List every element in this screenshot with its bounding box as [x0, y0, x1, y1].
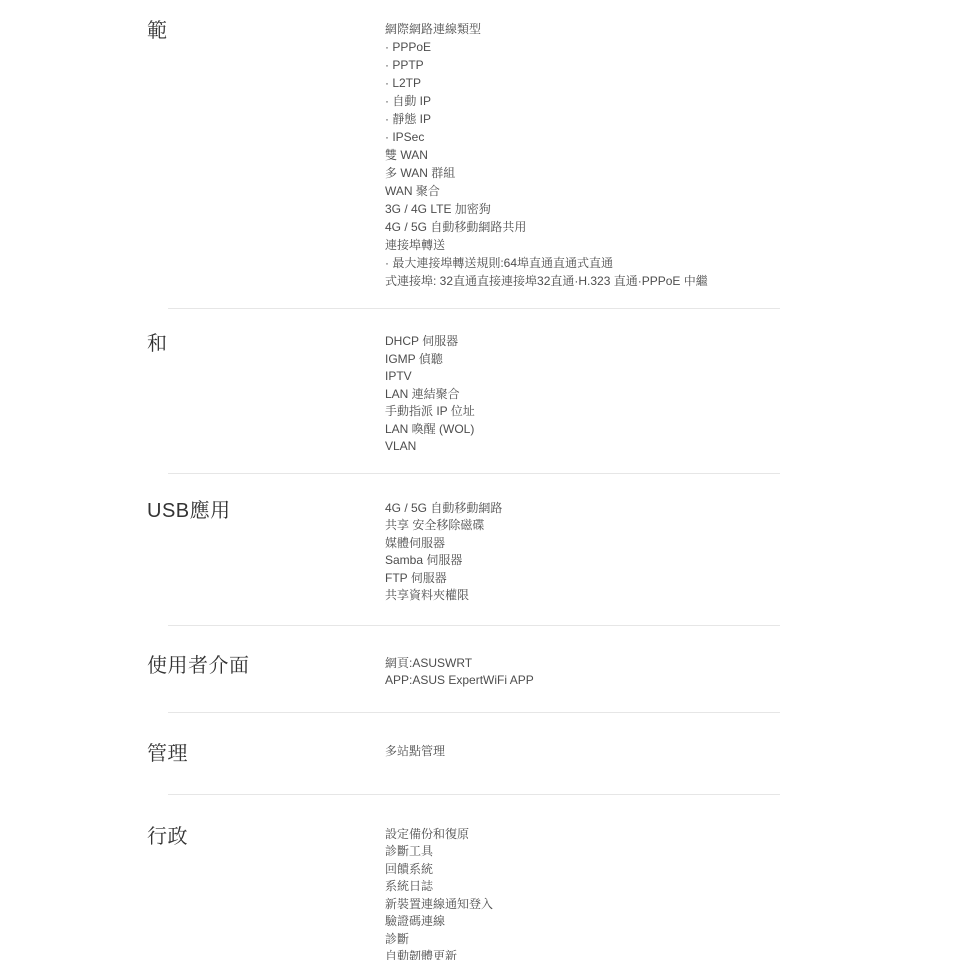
spec-section-label: 使用者介面: [147, 655, 385, 677]
spec-line: 手動指派 IP 位址: [385, 403, 792, 421]
spec-line: 雙 WAN: [385, 146, 792, 164]
spec-line: 自動韌體更新: [385, 948, 792, 960]
spec-line: Samba 伺服器: [385, 552, 792, 570]
spec-section-label: USB應用: [147, 500, 385, 522]
spec-line: · IPSec: [385, 128, 792, 146]
spec-line: 4G / 5G 自動移動網路共用: [385, 218, 792, 236]
spec-line: 網際網路連線類型: [385, 20, 792, 38]
spec-section-label: 範: [147, 20, 385, 42]
spec-line: · PPPoE: [385, 38, 792, 56]
spec-line: · L2TP: [385, 74, 792, 92]
spec-line: 設定備份和復原: [385, 826, 792, 844]
spec-page: 範 網際網路連線類型· PPPoE· PPTP· L2TP· 自動 IP· 靜態…: [0, 0, 960, 960]
spec-line: 新裝置連線通知登入: [385, 896, 792, 914]
spec-section-values: 設定備份和復原診斷工具回饋系統系統日誌新裝置連線通知登入驗證碼連線診斷自動韌體更…: [385, 826, 792, 960]
spec-line: DHCP 伺服器: [385, 333, 792, 351]
spec-line: 診斷: [385, 931, 792, 949]
spec-line: 連接埠轉送: [385, 236, 792, 254]
spec-line: 驗證碼連線: [385, 913, 792, 931]
spec-section-values: 多站點管理: [385, 743, 792, 761]
spec-section-label: 行政: [147, 826, 385, 848]
spec-row: USB應用 4G / 5G 自動移動網路共享 安全移除磁碟媒體伺服器Samba …: [147, 473, 792, 625]
spec-line: WAN 聚合: [385, 182, 792, 200]
spec-line: 回饋系統: [385, 861, 792, 879]
spec-table: 範 網際網路連線類型· PPPoE· PPTP· L2TP· 自動 IP· 靜態…: [147, 20, 792, 960]
spec-line: IGMP 偵聽: [385, 351, 792, 369]
spec-line: 3G / 4G LTE 加密狗: [385, 200, 792, 218]
spec-section-label: 管理: [147, 743, 385, 765]
spec-line: IPTV: [385, 368, 792, 386]
spec-row: 和 DHCP 伺服器IGMP 偵聽IPTVLAN 連結聚合手動指派 IP 位址L…: [147, 308, 792, 473]
spec-section-values: 網頁:ASUSWRTAPP:ASUS ExpertWiFi APP: [385, 655, 792, 690]
spec-line: 系統日誌: [385, 878, 792, 896]
spec-line: · 自動 IP: [385, 92, 792, 110]
spec-section-values: DHCP 伺服器IGMP 偵聽IPTVLAN 連結聚合手動指派 IP 位址LAN…: [385, 333, 792, 456]
spec-line: · 最大連接埠轉送規則:64埠直通直通式直通: [385, 254, 792, 272]
spec-line: 網頁:ASUSWRT: [385, 655, 792, 673]
spec-line: FTP 伺服器: [385, 570, 792, 588]
spec-row: 行政 設定備份和復原診斷工具回饋系統系統日誌新裝置連線通知登入驗證碼連線診斷自動…: [147, 794, 792, 960]
spec-line: · PPTP: [385, 56, 792, 74]
spec-line: 共享 安全移除磁碟: [385, 517, 792, 535]
spec-line: 共享資料夾權限: [385, 587, 792, 605]
spec-line: 4G / 5G 自動移動網路: [385, 500, 792, 518]
spec-row: 範 網際網路連線類型· PPPoE· PPTP· L2TP· 自動 IP· 靜態…: [147, 20, 792, 308]
spec-line: 式連接埠: 32直通直接連接埠32直通·H.323 直通·PPPoE 中繼: [385, 272, 792, 290]
spec-section-values: 4G / 5G 自動移動網路共享 安全移除磁碟媒體伺服器Samba 伺服器FTP…: [385, 500, 792, 605]
spec-section-values: 網際網路連線類型· PPPoE· PPTP· L2TP· 自動 IP· 靜態 I…: [385, 20, 792, 290]
spec-line: 多站點管理: [385, 743, 792, 761]
spec-row: 使用者介面 網頁:ASUSWRTAPP:ASUS ExpertWiFi APP: [147, 625, 792, 712]
spec-line: APP:ASUS ExpertWiFi APP: [385, 672, 792, 690]
spec-line: VLAN: [385, 438, 792, 456]
spec-line: 多 WAN 群組: [385, 164, 792, 182]
spec-section-label: 和: [147, 333, 385, 355]
spec-line: 診斷工具: [385, 843, 792, 861]
spec-line: LAN 連結聚合: [385, 386, 792, 404]
spec-line: 媒體伺服器: [385, 535, 792, 553]
spec-line: · 靜態 IP: [385, 110, 792, 128]
spec-row: 管理 多站點管理: [147, 712, 792, 794]
spec-line: LAN 喚醒 (WOL): [385, 421, 792, 439]
